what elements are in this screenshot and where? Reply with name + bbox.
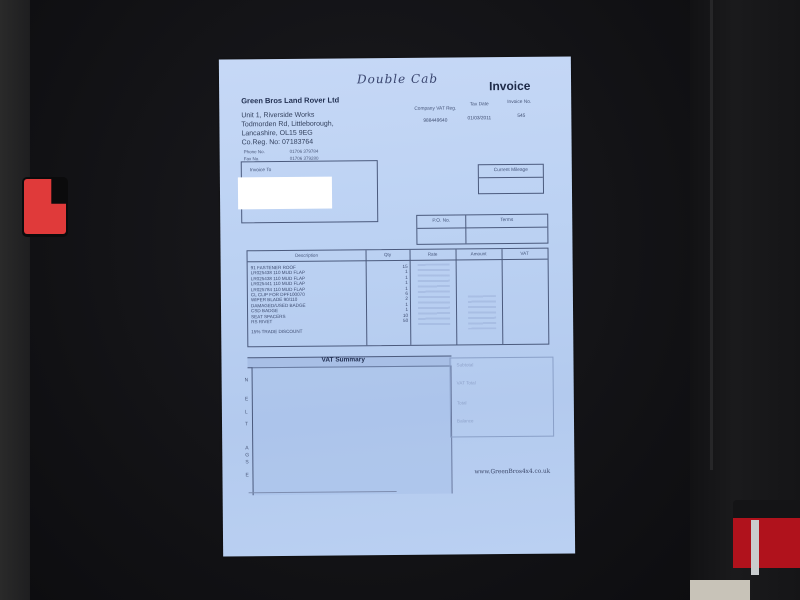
side-letter: A	[245, 445, 248, 451]
invoice-no-value: 545	[501, 114, 541, 119]
totals-box: Subtotal VAT Total Total Balance	[449, 357, 554, 438]
total-label: Total	[457, 400, 467, 405]
faded-amount-column	[468, 295, 496, 329]
invoice-document: Double Cab Invoice Green Bros Land Rover…	[219, 56, 575, 556]
seat-seam	[710, 0, 713, 470]
line-item-qty: 50	[370, 318, 408, 324]
terms-label: Terms	[466, 218, 547, 224]
po-label: P.O. No.	[417, 218, 465, 223]
side-letter: T	[245, 421, 248, 427]
line-items-table: Description Qty Rate Amount VAT 91 FASTE…	[247, 248, 550, 348]
divider	[479, 177, 543, 179]
vat-reg-label: Company VAT Reg.	[405, 106, 465, 112]
invoice-no-label: Invoice No.	[499, 100, 539, 105]
side-letter: E	[245, 472, 248, 478]
quantity-list: 15 1 1 1 1 6 2 1 1 10 50	[370, 264, 409, 324]
column-separator	[410, 250, 412, 345]
description-list: 91 FASTENER ROOF LR025438 110 MUD FLAP L…	[251, 265, 306, 335]
company-name: Green Bros Land Rover Ltd	[241, 95, 339, 105]
buckle-metal-strip	[751, 520, 759, 575]
company-address: Unit 1, Riverside Works Todmorden Rd, Li…	[241, 111, 334, 148]
vat-total-label: VAT Total	[457, 380, 476, 385]
redacted-customer-address	[238, 177, 332, 210]
po-terms-box: P.O. No. Terms	[416, 214, 548, 245]
side-letter: S	[245, 459, 248, 465]
tax-date-label: Tax Date	[461, 102, 497, 107]
buckle-release-button	[24, 179, 66, 234]
tax-date-value: 01/03/2011	[461, 116, 497, 121]
vat-summary-box	[252, 366, 453, 496]
column-separator	[502, 249, 504, 344]
invoice-to-label: Invoice To	[250, 168, 272, 173]
company-website: www.GreenBros4x4.co.uk	[474, 469, 550, 476]
discount-line: 15% TRADE DISCOUNT	[251, 329, 306, 335]
invoice-title: Invoice	[489, 79, 530, 93]
column-header-vat: VAT	[502, 251, 548, 256]
seatbelt-buckle-left	[22, 177, 68, 237]
column-separator	[456, 249, 458, 344]
column-separator	[366, 250, 368, 345]
faded-rate-column	[418, 264, 451, 328]
subtotal-label: Subtotal	[456, 362, 473, 367]
balance-label: Balance	[457, 418, 474, 423]
column-header-rate: Rate	[410, 251, 456, 256]
car-floor	[690, 580, 750, 600]
handwritten-note: Double Cab	[357, 72, 438, 87]
side-letter: E	[245, 396, 248, 402]
column-header-qty: Qty	[366, 252, 410, 257]
seatbelt-buckle-right	[733, 500, 800, 580]
side-letter: G	[245, 452, 249, 458]
current-mileage-label: Current Mileage	[479, 168, 543, 174]
vat-reg-value: 988449640	[405, 118, 465, 124]
current-mileage-box: Current Mileage	[478, 164, 544, 195]
side-letter: N	[245, 377, 249, 383]
side-letter: L	[245, 409, 248, 415]
divider	[417, 227, 547, 229]
column-header-amount: Amount	[456, 251, 502, 256]
buckle-body	[733, 518, 800, 568]
column-header-description: Description	[248, 252, 366, 258]
vat-summary-title: VAT Summary	[321, 356, 365, 363]
